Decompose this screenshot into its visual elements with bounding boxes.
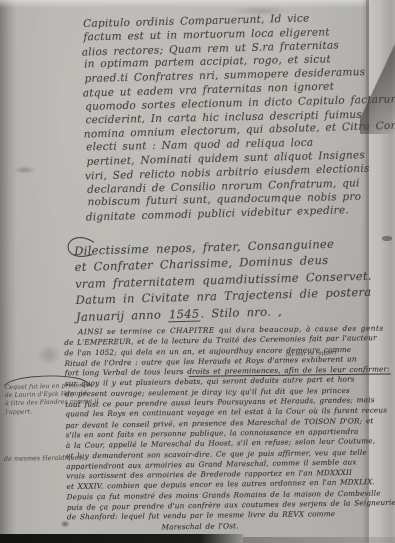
manuscript-page: Capitulo ordinis Comparuerunt, Id vice f… xyxy=(0,0,395,543)
latin-paragraph: Capitulo ordinis Comparuerunt, Id vice f… xyxy=(83,11,390,225)
date-post: . Stilo nro. , xyxy=(200,304,282,320)
french-annotation-block: AINSI se termine ce CHAPITRE qui dura be… xyxy=(64,323,393,534)
ink-smudge xyxy=(14,166,36,174)
year-1545: 1545 xyxy=(168,306,201,322)
edge-nick xyxy=(382,236,392,241)
bottom-shadow-band-right xyxy=(243,537,395,543)
top-edge-highlight xyxy=(0,0,395,8)
initial-flourish xyxy=(66,236,97,263)
paper-stain xyxy=(36,344,62,366)
margin-note-1: Cequel fut leu en presence de Laurin d'E… xyxy=(5,382,92,417)
bottom-shadow-band xyxy=(0,534,243,543)
date-pre: Januarij anno xyxy=(76,307,168,324)
closing-paragraph: Dilectissime nepos, frater, Consanguinee… xyxy=(74,235,376,325)
